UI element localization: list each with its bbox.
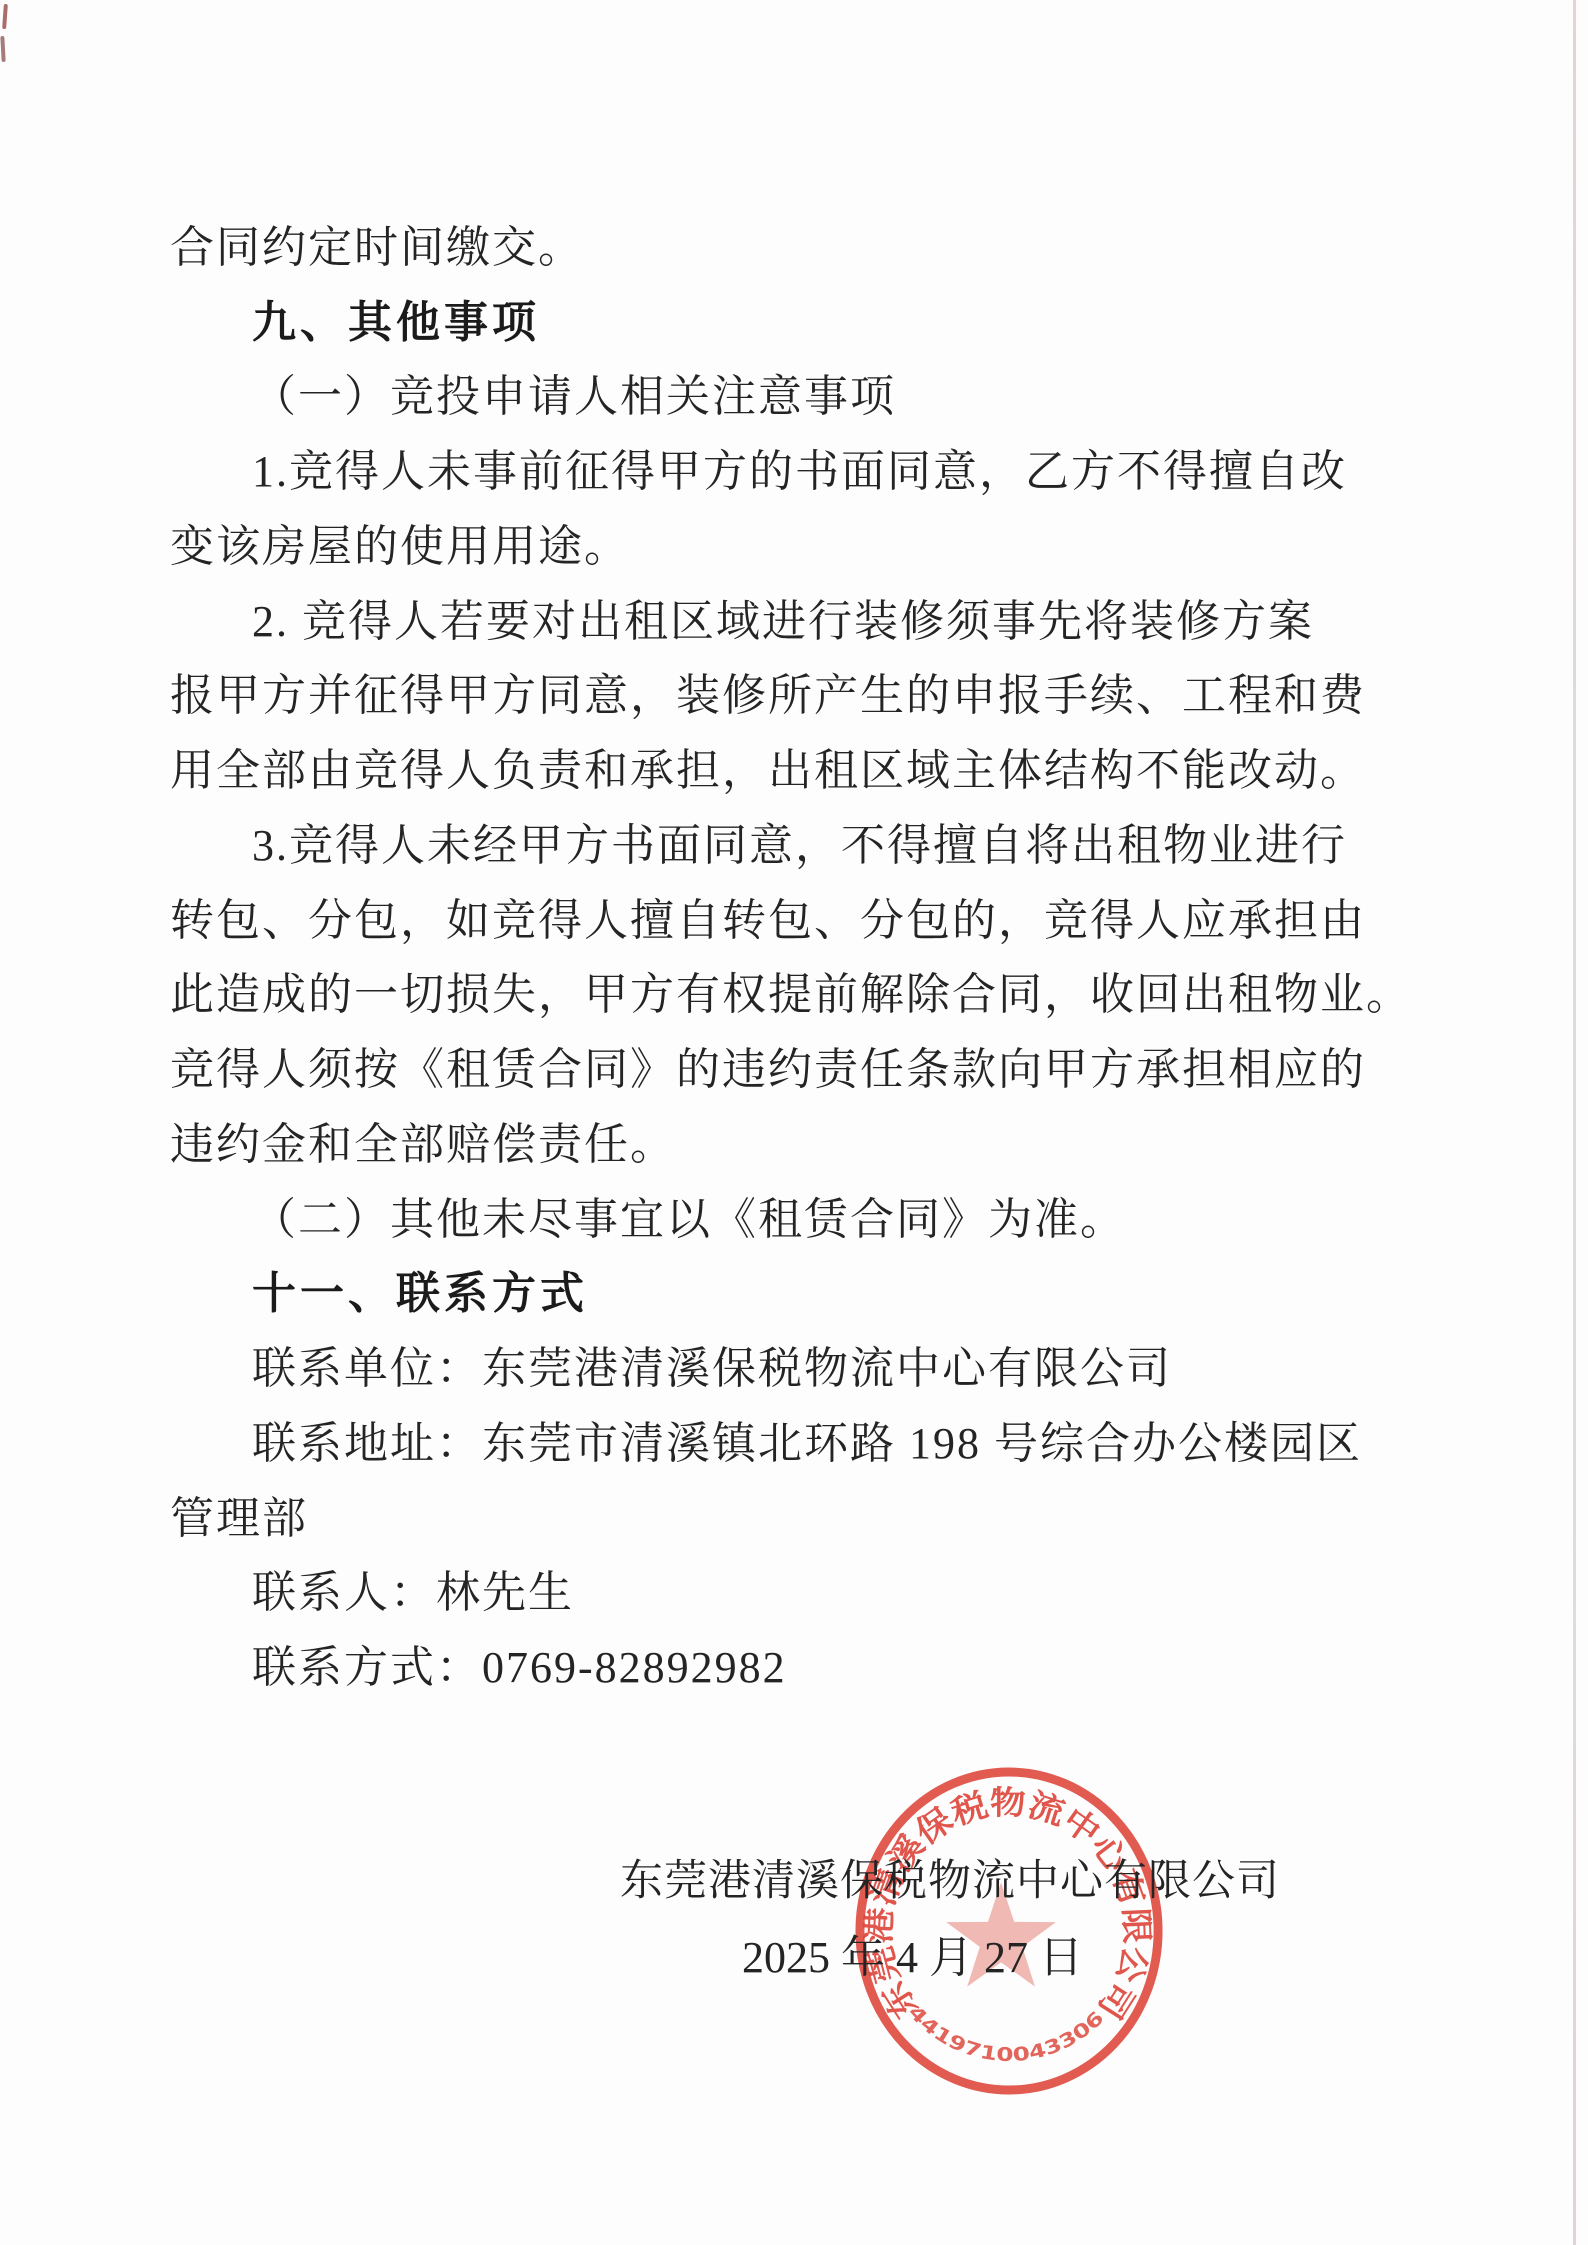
doc-heading-section-9: 九、其他事项 [252, 285, 540, 360]
doc-heading-section-11: 十一、联系方式 [252, 1256, 588, 1331]
doc-line: 3.竞得人未经甲方书面同意，不得擅自将出租物业进行 [252, 808, 1347, 883]
doc-line: 管理部 [170, 1481, 308, 1556]
doc-line: 报甲方并征得甲方同意，装修所产生的申报手续、工程和费 [170, 658, 1366, 733]
scan-artifact-left-top [2, 4, 8, 29]
doc-line: 合同约定时间缴交。 [170, 210, 584, 285]
doc-line: 违约金和全部赔偿责任。 [170, 1107, 676, 1182]
doc-line: 竞得人须按《租赁合同》的违约责任条款向甲方承担相应的 [170, 1032, 1366, 1107]
doc-line: （一）竞投申请人相关注意事项 [252, 359, 896, 434]
scan-artifact-right-edge [1573, 0, 1576, 2245]
seal-number-arc: 4419710043306 [904, 2001, 1109, 2066]
doc-line-contact-phone: 联系方式：0769-82892982 [252, 1630, 787, 1705]
doc-line-contact-person: 联系人：林先生 [252, 1555, 574, 1630]
doc-line: 变该房屋的使用用途。 [170, 509, 630, 584]
doc-line: 2. 竞得人若要对出租区域进行装修须事先将装修方案 [252, 584, 1314, 659]
signature-date: 2025 年 4 月 27 日 [742, 1928, 1083, 1988]
doc-line: 此造成的一切损失，甲方有权提前解除合同，收回出租物业。 [170, 957, 1412, 1032]
doc-line: 1.竞得人未事前征得甲方的书面同意，乙方不得擅自改 [252, 434, 1347, 509]
doc-line-contact-unit: 联系单位：东莞港清溪保税物流中心有限公司 [252, 1331, 1172, 1406]
signature-company-name: 东莞港清溪保税物流中心有限公司 [620, 1852, 1280, 1912]
doc-line-contact-address: 联系地址：东莞市清溪镇北环路 198 号综合办公楼园区 [252, 1406, 1362, 1481]
doc-line: （二）其他未尽事宜以《租赁合同》为准。 [252, 1182, 1126, 1257]
scan-artifact-left-bottom [0, 36, 5, 62]
doc-line: 用全部由竞得人负责和承担，出租区域主体结构不能改动。 [170, 733, 1366, 808]
doc-line: 转包、分包，如竞得人擅自转包、分包的，竞得人应承担由 [170, 883, 1366, 958]
scanned-document-page: 合同约定时间缴交。 九、其他事项 （一）竞投申请人相关注意事项 1.竞得人未事前… [0, 0, 1588, 2245]
